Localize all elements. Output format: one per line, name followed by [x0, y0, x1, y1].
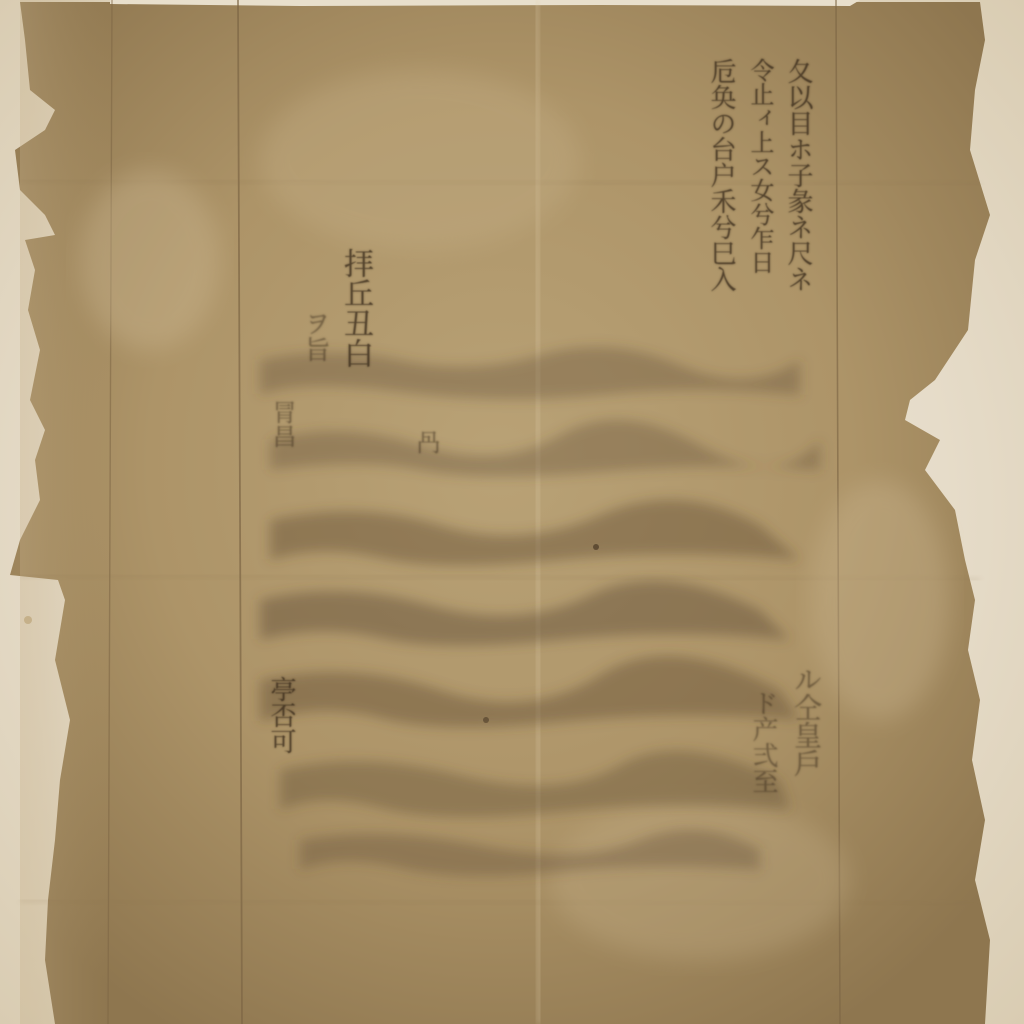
glyph-text: 冐昌	[270, 400, 294, 448]
glyph-text: 亭否可	[268, 676, 294, 754]
glyph-text: 卮奂の台户禾兮巳入	[708, 58, 734, 292]
glyph-text: 冎	[414, 430, 438, 454]
glyph-column-bottom-right-2: ル仝皇戶	[792, 665, 820, 777]
glyph-column-top-right-1: 夂以目ホ子彖ネ尺ネ	[785, 58, 811, 292]
glyph-column-top-right-3: 卮奂の台户禾兮巳入	[708, 58, 734, 292]
glyph-column-bottom-right-1: ド产弍至	[750, 690, 776, 794]
glyph-text: 令止ィ上ス女兮乍日	[748, 58, 772, 274]
glyph-column-bottom-left: 亭否可	[268, 676, 294, 754]
parchment	[0, 0, 1024, 1024]
glyph-text: ル仝皇戶	[792, 665, 820, 777]
glyph-text: ド产弍至	[750, 690, 776, 794]
glyph-column-mid-left-2: ヲ旨	[302, 310, 328, 362]
glyph-text: ヲ旨	[302, 310, 328, 362]
glyph-column-mid-left-3: 冐昌	[270, 400, 294, 448]
glyph-column-mid-left-4: 冎	[414, 430, 438, 454]
glyph-column-top-right-2: 令止ィ上ス女兮乍日	[748, 58, 772, 274]
glyph-column-mid-left-1: 拝丘丑白	[340, 248, 370, 368]
glyph-text: 拝丘丑白	[340, 248, 370, 368]
glyph-text: 夂以目ホ子彖ネ尺ネ	[785, 58, 811, 292]
